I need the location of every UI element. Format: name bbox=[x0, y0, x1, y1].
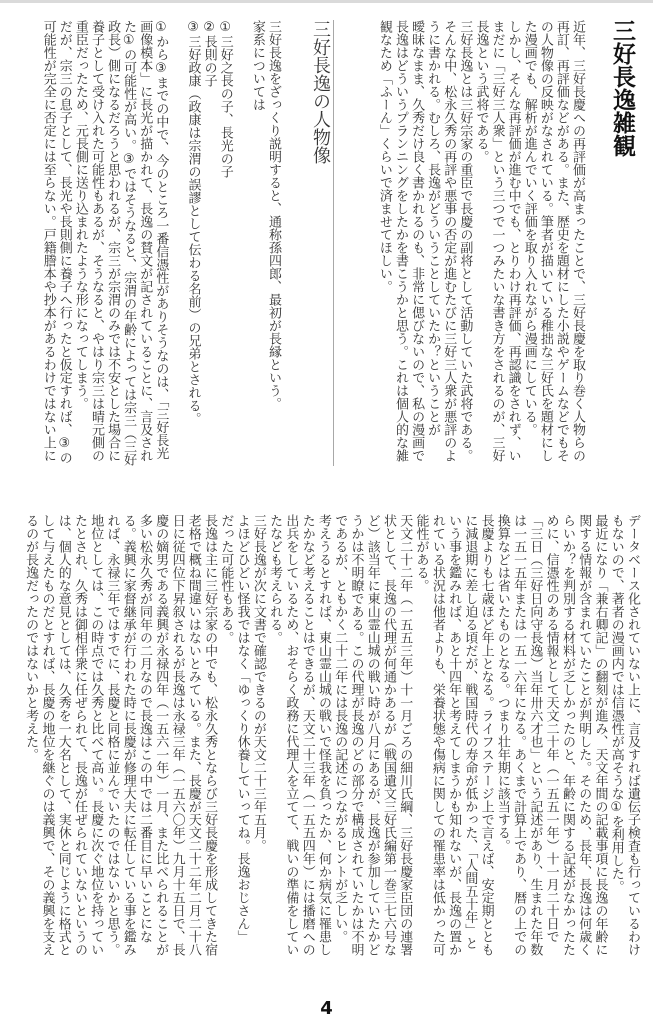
lineage-list: ①三好之長の子、長光の子 ②長則の子 ③三好政康（政康は宗渭の誤謬として伝わる名… bbox=[184, 20, 232, 468]
text-line: 考えうるとすれば、東山霊山城の戦いで怪我を負ったか、何か病気に罹患し bbox=[315, 514, 331, 962]
text-line: めに、信憑性のある情報として天文二十年（一五五一年）十一月二十日で bbox=[542, 514, 558, 962]
text-line: 慶の嫡男である義興が永禄四年（一五六一年）一月、また比べられることが bbox=[152, 514, 168, 962]
text-line: だが、宗三の息子として、長光や長則側に養子へ行ったと仮定すれば、③の bbox=[56, 20, 72, 468]
text-line: いう事を鑑みれば、あと十四年と考えてしまうかも知れないが、長逸の置か bbox=[445, 514, 461, 962]
profile-section: 三好長逸をざっくり説明すると、通称孫四郎、最初が長縁という。 家系については ①… bbox=[40, 20, 281, 468]
blank-line bbox=[233, 20, 249, 468]
text-line: だった可能性もある。 bbox=[217, 514, 233, 962]
text-line: 可能性が完全に否定には至らない。戸籍謄本や抄本があるわけではない上に bbox=[40, 20, 56, 468]
paragraph: 長逸は主に三好宗家の中でも、松永久秀とならび三好長慶を形成してきた宿 老格で概ね… bbox=[22, 514, 217, 962]
text-line: 政長）側になるだろうと思われるが、宗三が宗渭のみでは不安とした場合に bbox=[104, 20, 120, 468]
text-line: らいか？を判別する材料が乏しかったのと、年齢に関する記述がなかったた bbox=[559, 514, 575, 962]
text-line: 近年、三好長慶への再評価が高まったことで、三好長慶を取り巻く人物らの bbox=[569, 20, 585, 468]
page-title: 三好長逸雑観 bbox=[609, 19, 635, 157]
text-line: 長慶よりも七歳ほど年上となる。ライフステージ上で言えば、安定期ととも bbox=[477, 514, 493, 962]
paragraph: データベース化されていない上に、言及すれば遺伝子検査も行っているわけ もないので… bbox=[607, 514, 640, 962]
paragraph: よほどひどい怪我ではなく「ゆっくり休養していってね。長逸おじさん」 だった可能性… bbox=[217, 514, 250, 962]
text-line: 換算などは省いたものとなる。つまり壮年期に該当する。 bbox=[494, 514, 510, 962]
lineage-option: ③三好政康（政康は宗渭の誤謬として伝わる名前）の兄弟とされる。 bbox=[184, 20, 200, 468]
text-line: は一五一五年または一五一六年になる。あくまで計算上であり、暦の上での bbox=[510, 514, 526, 962]
text-line: うかは不明瞭である。この代理が長逸のどの部分で構成されていたかは不明 bbox=[347, 514, 363, 962]
paragraph: そんな中、松永久秀の再評や悪事の否定が進むたびに三好三人衆が悪評のよ うに書かれ… bbox=[376, 20, 456, 468]
paragraph: 近年、三好長慶への再評価が高まったことで、三好長慶を取り巻く人物らの 再訂、再評… bbox=[521, 20, 585, 468]
text-line: 多い松永久秀が同年の二月なので長逸はこの中では二番目に早いことにな bbox=[136, 514, 152, 962]
text-line: よほどひどい怪我ではなく「ゆっくり休養していってね。長逸おじさん」 bbox=[233, 514, 249, 962]
blank-line bbox=[168, 20, 184, 468]
paragraph: 家系については bbox=[249, 20, 265, 468]
summary-line: 三好長逸をざっくり説明すると、通称孫四郎、最初が長縁という。 bbox=[265, 20, 281, 468]
paragraph: しかし、そんな再評価が進む中でも、とりわけ再評価、再認識をされず、い まだに「三… bbox=[472, 20, 520, 468]
text-line: 観なため「ふーん」くらいで済ませてほしい。 bbox=[376, 20, 392, 468]
lineage-option: ①三好之長の子、長光の子 bbox=[217, 20, 233, 468]
text-line: 最近になり「兼右卿記」の翻刻が進み、天文年間の記載事項に長逸の年齢に bbox=[591, 514, 607, 962]
lineage-label: 家系については bbox=[249, 20, 265, 468]
text-line: 「三日（三好日向守長逸）当年卅六才也」という記述があり、生まれた年数 bbox=[526, 514, 542, 962]
text-line: 能性がある。 bbox=[412, 514, 428, 962]
text-line: 養子として受け入れた可能性もあるが、そうなると、やはり宗三は晴元側の bbox=[88, 20, 104, 468]
text-line: 関する情報が含まれていたことが判明した。そのため、長年、長逸は何歳く bbox=[575, 514, 591, 962]
section-divider bbox=[333, 20, 334, 466]
text-line: しかし、そんな再評価が進む中でも、とりわけ再評価、再認識をされず、い bbox=[505, 20, 521, 468]
paragraph: 考えうるとすれば、東山霊山城の戦いで怪我を負ったか、何か病気に罹患し たかなど考… bbox=[266, 514, 331, 962]
text-line: 地位としては、この時点では久秀と比べて高い。長慶に次ぐ地位を持ってい bbox=[87, 514, 103, 962]
text-line: たかなど考えることはできるが、天文二十三年（一五五四年）には播磨への bbox=[298, 514, 314, 962]
text-line: 三好長逸が次に文書で確認できるのが天文二十三年五月。 bbox=[250, 514, 266, 962]
text-line: して与えたものだとすれば、長慶の地位を継ぐのは義興で、その義興を支え bbox=[38, 514, 54, 962]
paragraph: 三好長逸とは三好宗家の重臣で長慶の副将として活動していた武将である。 bbox=[456, 20, 472, 468]
text-line: 日に従四位下昇叙されるが長逸は永禄三年（一五六〇年）九月十五日で、長 bbox=[168, 514, 184, 962]
paragraph: 三好長逸をざっくり説明すると、通称孫四郎、最初が長縁という。 bbox=[265, 20, 281, 468]
text-line: 状として、長逸の代理が何通かあるが（戦国遺文三好氏編第一巻三七六号な bbox=[380, 514, 396, 962]
text-line: 出兵をしているため、おそらく政務に代理人を立てて、戦いの準備をしてい bbox=[282, 514, 298, 962]
document-page: 三好長逸雑観 近年、三好長慶への再評価が高まったことで、三好長慶を取り巻く人物ら… bbox=[0, 0, 653, 1024]
text-line: る。義興に家督継承が行われた時に長慶が修理大夫に転任している事を鑑み bbox=[120, 514, 136, 962]
text-line: た漫画でも、解析が進んでいく評価を取り入れながら漫画にしている。 bbox=[521, 20, 537, 468]
text-line: 天文二十二年（一五五三年）十一月ごろの細川氏綱、三好長慶家臣団の連署 bbox=[396, 514, 412, 962]
text-line: の人物像の反映がなされている。筆者が描いている稚拙な三好氏を題材にし bbox=[537, 20, 553, 468]
paragraph: 三好長逸が次に文書で確認できるのが天文二十三年五月。 bbox=[250, 514, 266, 962]
paragraph: 天文二十二年（一五五三年）十一月ごろの細川氏綱、三好長慶家臣団の連署 状として、… bbox=[331, 514, 412, 962]
paragraph: 長慶よりも七歳ほど年上となる。ライフステージ上で言えば、安定期ととも に減退期に… bbox=[412, 514, 493, 962]
text-line: 長逸という武将である。 bbox=[472, 20, 488, 468]
text-line: は、個人的な意見としては、久秀を一大名として、実休と同じように格式と bbox=[54, 514, 70, 962]
lineage-option: ②長則の子 bbox=[201, 20, 217, 468]
text-line: であるが、ともかく二十二年には長逸の記述につながるヒントが乏しい。 bbox=[331, 514, 347, 962]
text-line: ①から③までの中で、今のところ一番信憑性がありそうなのは、「三好長光 bbox=[152, 20, 168, 468]
text-line: 長逸は主に三好宗家の中でも、松永久秀とならび三好長慶を形成してきた宿 bbox=[201, 514, 217, 962]
text-line: データベース化されていない上に、言及すれば遺伝子検査も行っているわけ bbox=[624, 514, 640, 962]
paragraph: だが、宗三の息子として、長光や長則側に養子へ行ったと仮定すれば、③の 可能性が完… bbox=[40, 20, 72, 468]
page-number: 4 bbox=[0, 998, 653, 1019]
text-line: 重臣だったため、元長側に送り込まれたような形になってしまう。 bbox=[72, 20, 88, 468]
text-line: に減退期に差し迫る頃だが、戦国時代の寿命が低かった、「人間五十年」と bbox=[461, 514, 477, 962]
text-line: そんな中、松永久秀の再評や悪事の否定が進むたびに三好三人衆が悪評のよ bbox=[440, 20, 456, 468]
text-line: たなども考えられる。 bbox=[266, 514, 282, 962]
text-line: うに書かれる。むしろ、長逸がどういうことしていたか？ということが bbox=[424, 20, 440, 468]
top-edge-strip bbox=[0, 0, 653, 3]
text-line: 老格で概ね間違いはないとみている。また、長慶が天文二十二年二月二十八 bbox=[185, 514, 201, 962]
text-line: 長逸はどういうプランニングをしたかを書こうかと思う。これは個人的な雑 bbox=[392, 20, 408, 468]
text-line: 再訂、再評価などがある。また、歴史を題材にした小説やゲームなどでもそ bbox=[553, 20, 569, 468]
text-line: 三好長逸とは三好宗家の重臣で長慶の副将として活動していた武将である。 bbox=[456, 20, 472, 468]
paragraph: 最近になり「兼右卿記」の翻刻が進み、天文年間の記載事項に長逸の年齢に 関する情報… bbox=[494, 514, 608, 962]
text-line: ど）該当年に東山霊山城の戦い時が八月にあるが、長逸が参加していたかど bbox=[363, 514, 379, 962]
section-heading: 三好長逸の人物像 bbox=[309, 20, 331, 164]
text-line: もないので、著者の漫画内では信憑性が高そうな①を利用した。 bbox=[607, 514, 623, 962]
text-line: まだに「三好三人衆」という三つで一つみたいな書き方をされるのが、三好 bbox=[488, 20, 504, 468]
text-line: た①の可能性が高い。③ではそうなると、宗渭の年齢によっては宗三（三好 bbox=[120, 20, 136, 468]
paragraph: ①から③までの中で、今のところ一番信憑性がありそうなのは、「三好長光 画像模本」… bbox=[72, 20, 169, 468]
text-line: れている状況は他者よりも、栄養状態や傷病に関しての罹患率は低かった可 bbox=[429, 514, 445, 962]
text-line: るのが長逸だったのではないかと考えた。 bbox=[22, 514, 38, 962]
intro-section: 近年、三好長慶への再評価が高まったことで、三好長慶を取り巻く人物らの 再訂、再評… bbox=[376, 20, 585, 468]
text-line: れば、永禄三年ではすでに、長慶と同格に並んでいたのではないかと思う。 bbox=[103, 514, 119, 962]
text-line: 画像模本」に長光が描かれて、長逸の賛文が記されていることに、言及され bbox=[136, 20, 152, 468]
continued-section: データベース化されていない上に、言及すれば遺伝子検査も行っているわけ もないので… bbox=[22, 514, 640, 962]
text-line: たとされ、久秀は御相伴衆に任ぜられて、長逸が任ぜられていないというの bbox=[71, 514, 87, 962]
text-line: 曖昧なまま、久秀だけ良く書かれるのも、非常に偲びないので、私の漫画で bbox=[408, 20, 424, 468]
